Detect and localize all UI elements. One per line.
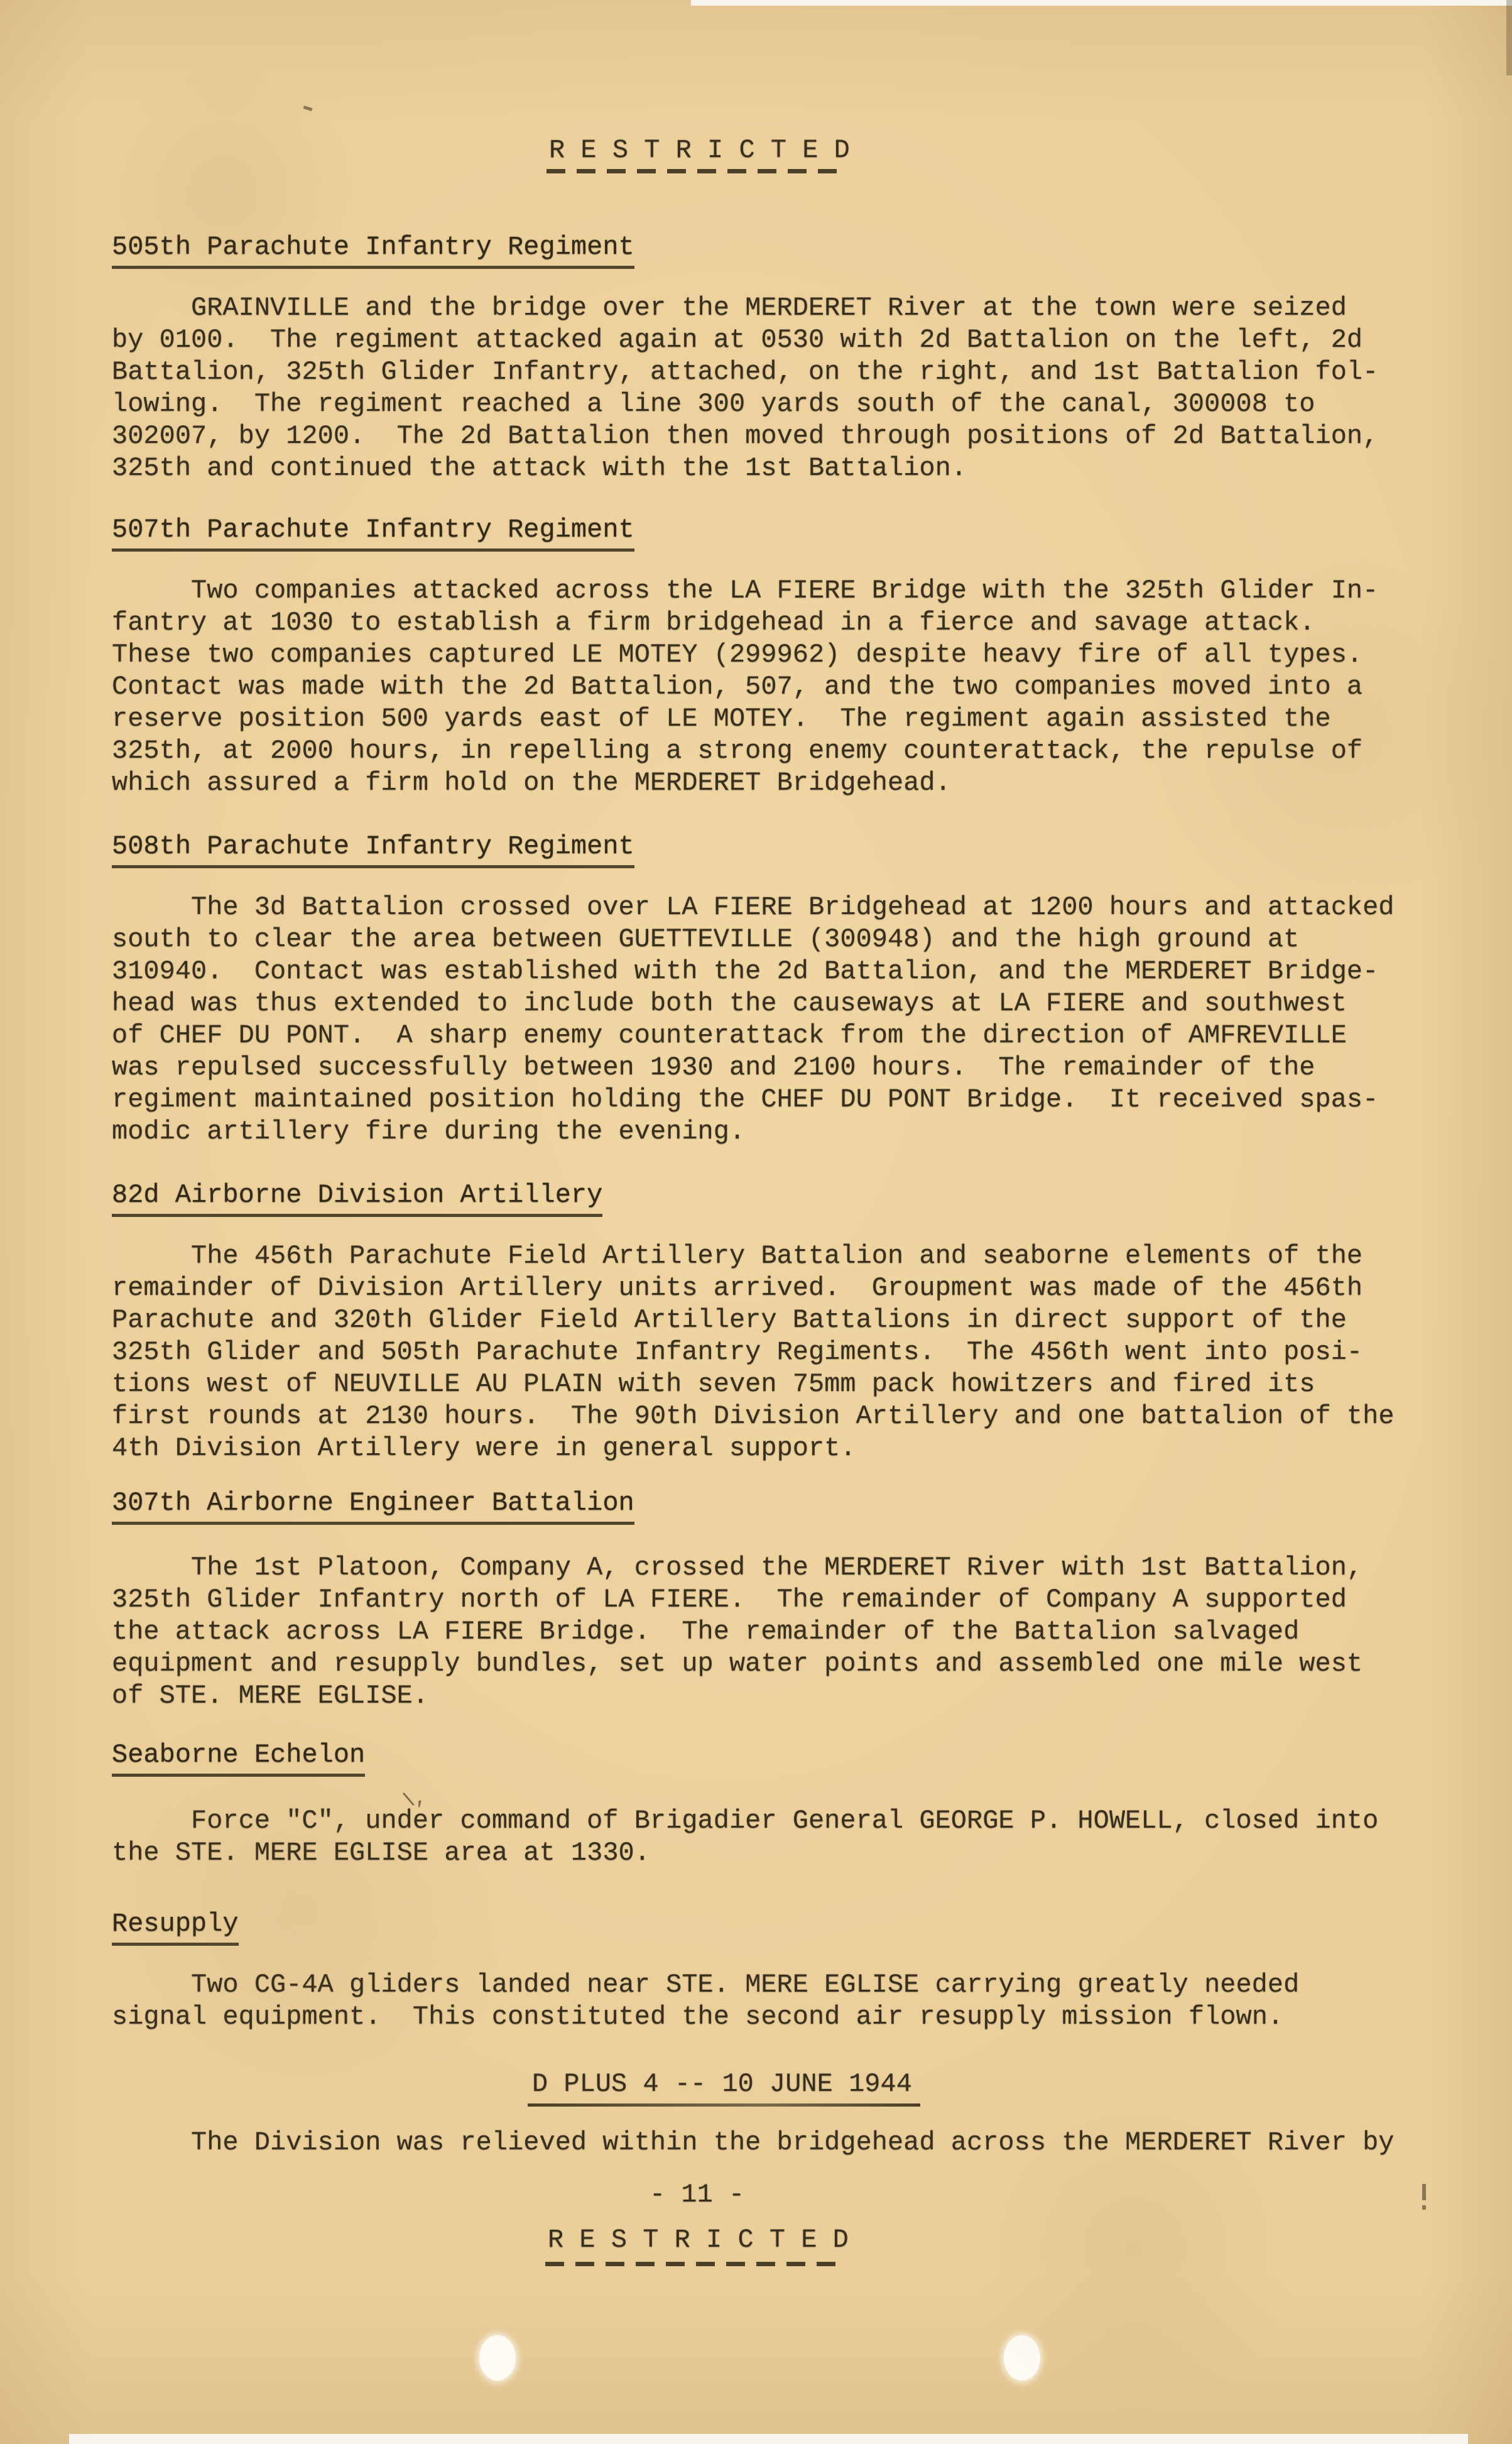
scan-edge-top (691, 0, 1512, 6)
classification-bottom-underline (545, 2262, 846, 2266)
classification-top-underline (547, 169, 847, 173)
section-heading-seaborne-echelon: Seaborne Echelon (112, 1739, 365, 1777)
section-heading-505th-pir: 505th Parachute Infantry Regiment (112, 231, 634, 269)
section-heading-resupply: Resupply (112, 1908, 239, 1946)
section-heading-307th-engineer: 307th Airborne Engineer Battalion (112, 1487, 634, 1525)
margin-exclamation-dot (1422, 2205, 1426, 2210)
closing-paragraph: The Division was relieved within the bri… (112, 2127, 1425, 2159)
section-paragraph-507th-pir: Two companies attacked across the LA FIE… (112, 575, 1425, 799)
pencil-dash-mark (303, 106, 313, 111)
section-paragraph-307th-engineer: The 1st Platoon, Company A, crossed the … (112, 1552, 1425, 1712)
section-paragraph-505th-pir: GRAINVILLE and the bridge over the MERDE… (112, 292, 1425, 484)
date-heading-underline (528, 2103, 920, 2107)
section-heading-507th-pir: 507th Parachute Infantry Regiment (112, 514, 634, 552)
scan-edge-bottom (69, 2434, 1468, 2444)
margin-exclamation-mark (1422, 2184, 1426, 2200)
scanned-document-page: R E S T R I C T E D 505th Parachute Infa… (0, 0, 1512, 2444)
section-paragraph-seaborne-echelon: Force "C", under command of Brigadier Ge… (112, 1805, 1425, 1869)
punch-hole-right (1004, 2335, 1040, 2381)
section-heading-82d-artillery: 82d Airborne Division Artillery (112, 1179, 602, 1217)
section-heading-508th-pir: 508th Parachute Infantry Regiment (112, 831, 634, 868)
classification-bottom: R E S T R I C T E D (548, 2224, 849, 2256)
section-paragraph-82d-artillery: The 456th Parachute Field Artillery Batt… (112, 1240, 1425, 1465)
page-number: - 11 - (650, 2179, 744, 2211)
section-paragraph-resupply: Two CG-4A gliders landed near STE. MERE … (112, 1969, 1425, 2033)
classification-top: R E S T R I C T E D (549, 134, 850, 166)
section-paragraph-508th-pir: The 3d Battalion crossed over LA FIERE B… (112, 892, 1425, 1148)
punch-hole-left (479, 2335, 516, 2381)
scan-edge-shadow (1506, 0, 1512, 75)
date-heading: D PLUS 4 -- 10 JUNE 1944 (532, 2068, 912, 2100)
